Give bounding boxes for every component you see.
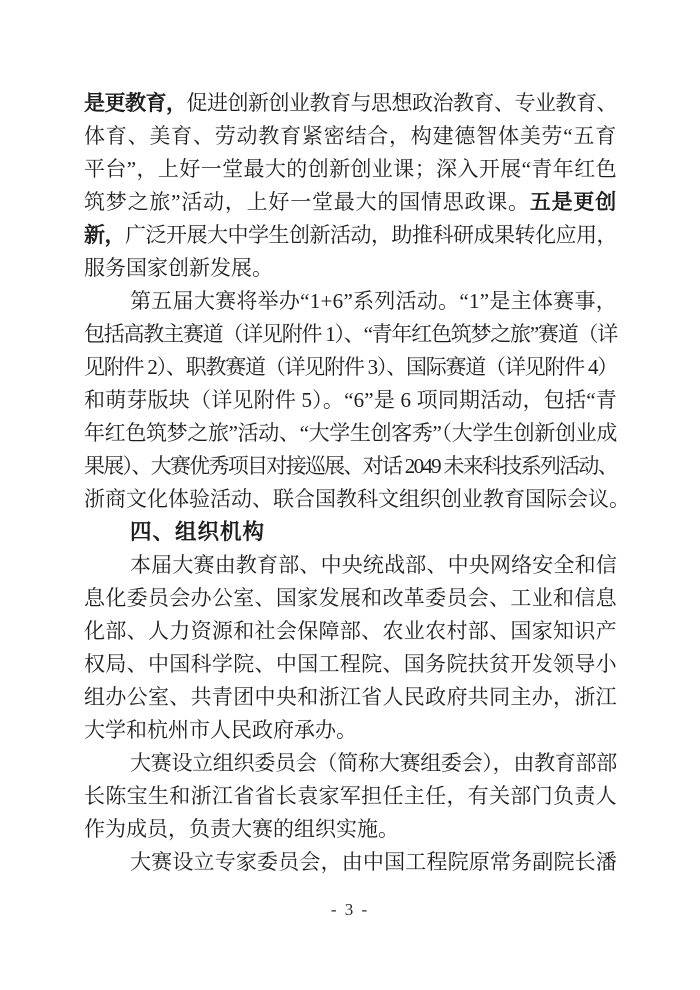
text-segment: 权局、中国科学院、中国工程院、国务院扶贫开发领导小 bbox=[84, 652, 617, 676]
text-line-content: 体育、美育、劳动教育紧密结合，构建德智体美劳“五育 bbox=[84, 120, 617, 153]
text-segment: 长陈宝生和浙江省省长袁家军担任主任，有关部门负责人 bbox=[84, 784, 617, 808]
text-line: 服务国家创新发展。 bbox=[84, 252, 617, 285]
text-segment: 促进创新创业教育与思想政治教育、专业教育、 bbox=[187, 91, 618, 115]
text-line-content: 是更教育，促进创新创业教育与思想政治教育、专业教育、 bbox=[84, 87, 617, 120]
text-segment: 第五届大赛将举办“1+6”系列活动。“1”是主体赛事， bbox=[130, 289, 617, 313]
text-segment: 广泛开展大中学生创新活动，助推科研成果转化应用， bbox=[125, 223, 617, 247]
text-line-content: 本届大赛由教育部、中央统战部、中央网络安全和信 bbox=[130, 549, 617, 582]
text-line-content: 服务国家创新发展。 bbox=[84, 252, 273, 285]
text-line-content: 权局、中国科学院、中国工程院、国务院扶贫开发领导小 bbox=[84, 648, 617, 681]
text-line-content: 四、组织机构 bbox=[130, 516, 265, 549]
text-line: 化部、人力资源和社会保障部、农业农村部、国家知识产 bbox=[84, 615, 617, 648]
page-number: - 3 - bbox=[331, 900, 369, 919]
bold-text-segment: 新， bbox=[84, 224, 125, 247]
text-segment: 体育、美育、劳动教育紧密结合，构建德智体美劳“五育 bbox=[84, 124, 617, 148]
text-segment: 果展）、大赛优秀项目对接巡展、对话 2049 未来科技系列活动、 bbox=[84, 454, 617, 478]
text-line: 作为成员，负责大赛的组织实施。 bbox=[84, 813, 617, 846]
text-line: 权局、中国科学院、中国工程院、国务院扶贫开发领导小 bbox=[84, 648, 617, 681]
text-line-content: 长陈宝生和浙江省省长袁家军担任主任，有关部门负责人 bbox=[84, 780, 617, 813]
text-segment: 本届大赛由教育部、中央统战部、中央网络安全和信 bbox=[130, 553, 617, 577]
text-line-content: 浙商文化体验活动、联合国教科文组织创业教育国际会议。 bbox=[84, 483, 630, 516]
text-line: 筑梦之旅”活动，上好一堂最大的国情思政课。五是更创 bbox=[84, 186, 617, 219]
text-line: 体育、美育、劳动教育紧密结合，构建德智体美劳“五育 bbox=[84, 120, 617, 153]
text-line: 大赛设立专家委员会，由中国工程院原常务副院长潘 bbox=[84, 846, 617, 879]
text-segment: 见附件 2）、职教赛道（详见附件 3）、国际赛道（详见附件 4） bbox=[84, 355, 617, 379]
text-line: 组办公室、共青团中央和浙江省人民政府共同主办，浙江 bbox=[84, 681, 617, 714]
text-segment: 作为成员，负责大赛的组织实施。 bbox=[84, 817, 399, 841]
text-line-content: 新，广泛开展大中学生创新活动，助推科研成果转化应用， bbox=[84, 219, 617, 252]
text-segment: 浙商文化体验活动、联合国教科文组织创业教育国际会议。 bbox=[84, 487, 630, 511]
section-heading: 四、组织机构 bbox=[84, 516, 617, 549]
text-line-content: 息化委员会办公室、国家发展和改革委员会、工业和信息 bbox=[84, 582, 617, 615]
text-line: 新，广泛开展大中学生创新活动，助推科研成果转化应用， bbox=[84, 219, 617, 252]
text-segment: 组办公室、共青团中央和浙江省人民政府共同主办，浙江 bbox=[84, 685, 617, 709]
text-segment: 和萌芽版块（详见附件 5）。“6”是 6 项同期活动，包括“青 bbox=[84, 388, 617, 412]
text-line-content: 见附件 2）、职教赛道（详见附件 3）、国际赛道（详见附件 4） bbox=[84, 351, 617, 384]
text-line-content: 果展）、大赛优秀项目对接巡展、对话 2049 未来科技系列活动、 bbox=[84, 450, 617, 483]
text-line: 第五届大赛将举办“1+6”系列活动。“1”是主体赛事， bbox=[84, 285, 617, 318]
text-line-content: 大赛设立专家委员会，由中国工程院原常务副院长潘 bbox=[130, 846, 617, 879]
text-segment: 化部、人力资源和社会保障部、农业农村部、国家知识产 bbox=[84, 619, 617, 643]
document-page: 是更教育，促进创新创业教育与思想政治教育、专业教育、体育、美育、劳动教育紧密结合… bbox=[0, 0, 700, 990]
text-line-content: 和萌芽版块（详见附件 5）。“6”是 6 项同期活动，包括“青 bbox=[84, 384, 617, 417]
text-segment: 服务国家创新发展。 bbox=[84, 256, 273, 280]
text-line: 和萌芽版块（详见附件 5）。“6”是 6 项同期活动，包括“青 bbox=[84, 384, 617, 417]
text-line-content: 组办公室、共青团中央和浙江省人民政府共同主办，浙江 bbox=[84, 681, 617, 714]
text-segment: 大赛设立专家委员会，由中国工程院原常务副院长潘 bbox=[130, 850, 617, 874]
bold-text-segment: 五是更创 bbox=[530, 191, 617, 214]
text-line-content: 年红色筑梦之旅”活动、“大学生创客秀”（大学生创新创业成 bbox=[84, 417, 617, 450]
text-segment: 包括高教主赛道（详见附件 1）、“青年红色筑梦之旅”赛道（详 bbox=[84, 322, 617, 346]
text-line: 本届大赛由教育部、中央统战部、中央网络安全和信 bbox=[84, 549, 617, 582]
text-segment: 年红色筑梦之旅”活动、“大学生创客秀”（大学生创新创业成 bbox=[84, 421, 617, 445]
text-line: 长陈宝生和浙江省省长袁家军担任主任，有关部门负责人 bbox=[84, 780, 617, 813]
text-line: 大赛设立组织委员会（简称大赛组委会），由教育部部 bbox=[84, 747, 617, 780]
text-line-content: 包括高教主赛道（详见附件 1）、“青年红色筑梦之旅”赛道（详 bbox=[84, 318, 617, 351]
text-line: 见附件 2）、职教赛道（详见附件 3）、国际赛道（详见附件 4） bbox=[84, 351, 617, 384]
text-segment: 筑梦之旅”活动，上好一堂最大的国情思政课。 bbox=[84, 190, 530, 214]
text-line-content: 大赛设立组织委员会（简称大赛组委会），由教育部部 bbox=[130, 747, 617, 780]
text-line: 包括高教主赛道（详见附件 1）、“青年红色筑梦之旅”赛道（详 bbox=[84, 318, 617, 351]
text-segment: 平台”，上好一堂最大的创新创业课；深入开展“青年红色 bbox=[84, 157, 617, 181]
document-body: 是更教育，促进创新创业教育与思想政治教育、专业教育、体育、美育、劳动教育紧密结合… bbox=[84, 87, 617, 879]
text-segment: 大学和杭州市人民政府承办。 bbox=[84, 718, 357, 742]
text-line-content: 作为成员，负责大赛的组织实施。 bbox=[84, 813, 399, 846]
bold-text-segment: 四、组织机构 bbox=[130, 520, 265, 544]
text-line-content: 筑梦之旅”活动，上好一堂最大的国情思政课。五是更创 bbox=[84, 186, 617, 219]
text-line-content: 大学和杭州市人民政府承办。 bbox=[84, 714, 357, 747]
bold-text-segment: 是更教育， bbox=[84, 92, 187, 115]
text-line: 大学和杭州市人民政府承办。 bbox=[84, 714, 617, 747]
text-line: 浙商文化体验活动、联合国教科文组织创业教育国际会议。 bbox=[84, 483, 617, 516]
text-line: 果展）、大赛优秀项目对接巡展、对话 2049 未来科技系列活动、 bbox=[84, 450, 617, 483]
text-line: 年红色筑梦之旅”活动、“大学生创客秀”（大学生创新创业成 bbox=[84, 417, 617, 450]
text-segment: 大赛设立组织委员会（简称大赛组委会），由教育部部 bbox=[130, 751, 617, 775]
text-line-content: 第五届大赛将举办“1+6”系列活动。“1”是主体赛事， bbox=[130, 285, 617, 318]
text-line-content: 平台”，上好一堂最大的创新创业课；深入开展“青年红色 bbox=[84, 153, 617, 186]
text-line: 平台”，上好一堂最大的创新创业课；深入开展“青年红色 bbox=[84, 153, 617, 186]
text-segment: 息化委员会办公室、国家发展和改革委员会、工业和信息 bbox=[84, 586, 617, 610]
text-line: 是更教育，促进创新创业教育与思想政治教育、专业教育、 bbox=[84, 87, 617, 120]
page-footer: - 3 - bbox=[0, 900, 700, 920]
text-line: 息化委员会办公室、国家发展和改革委员会、工业和信息 bbox=[84, 582, 617, 615]
text-line-content: 化部、人力资源和社会保障部、农业农村部、国家知识产 bbox=[84, 615, 617, 648]
